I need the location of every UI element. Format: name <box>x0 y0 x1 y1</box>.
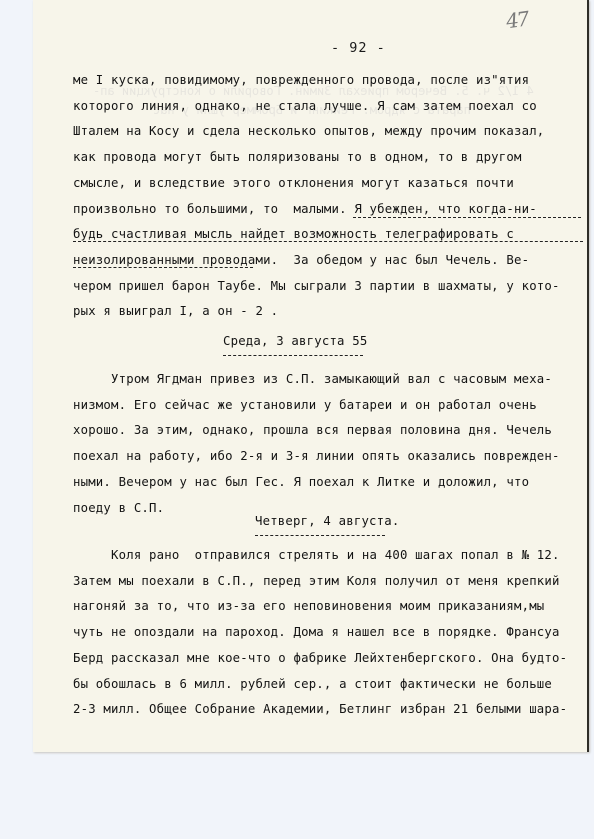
text-line: неизолированными проводами. За обедом у … <box>73 253 529 267</box>
typewritten-page: 4 1/2 ч. 5. Вечером приехал Зимин. Говор… <box>33 0 589 752</box>
dashed-underline <box>223 355 363 356</box>
dashed-underline <box>255 535 385 536</box>
dashed-underline <box>353 217 581 218</box>
page-number: - 92 - <box>331 40 386 56</box>
text-line: смысле, и вследствие этого отклонения мо… <box>73 176 514 190</box>
dashed-underline <box>73 267 253 268</box>
text-line: чером пришел барон Таубе. Мы сыграли 3 п… <box>73 279 560 293</box>
text-line: как провода могут быть поляризованы то в… <box>73 150 522 164</box>
text-line: низмом. Его сейчас же установили у батар… <box>73 398 537 412</box>
text-line: произвольно то большими, то малыми. Я уб… <box>73 202 537 216</box>
text-line: поехал на работу, ибо 2-я и 3-я линии оп… <box>73 449 560 463</box>
text-line: нагоняй за то, что из-за его неповиновен… <box>73 599 544 613</box>
text-line: рых я выиграл I, а он - 2 . <box>73 304 278 318</box>
text-line: ными. Вечером у нас был Гес. Я поехал к … <box>73 475 529 489</box>
date-heading: Четверг, 4 августа. <box>255 514 399 528</box>
text-line: будь счастливая мысль найдет возможность… <box>73 227 514 241</box>
text-line: которого линия, однако, не стала лучше. … <box>73 99 537 113</box>
text-line: 2-3 милл. Общее Собрание Академии, Бетли… <box>73 702 567 716</box>
text-line: Утром Ягдман привез из С.П. замыкающий в… <box>73 372 552 386</box>
text-line: Берд рассказал мне кое-что о фабрике Лей… <box>73 651 567 665</box>
text-line: Затем мы поехали в С.П., перед этим Коля… <box>73 574 560 588</box>
date-heading: Среда, 3 августа 55 <box>223 334 367 348</box>
text-line: поеду в С.П. <box>73 501 164 515</box>
archive-folio-number: 47 <box>504 7 529 34</box>
text-line: бы обошлась в 6 милл. рублей сер., а сто… <box>73 677 552 691</box>
text-line: хорошо. За этим, однако, прошла вся перв… <box>73 423 552 437</box>
dashed-underline <box>73 241 583 242</box>
text-line: ме I куска, повидимому, поврежденного пр… <box>73 73 529 87</box>
text-line: чуть не опоздали на пароход. Дома я наше… <box>73 625 560 639</box>
text-line: Шталем на Косу и сдела несколько опытов,… <box>73 124 544 138</box>
text-line: Коля рано отправился стрелять и на 400 ш… <box>73 548 560 562</box>
